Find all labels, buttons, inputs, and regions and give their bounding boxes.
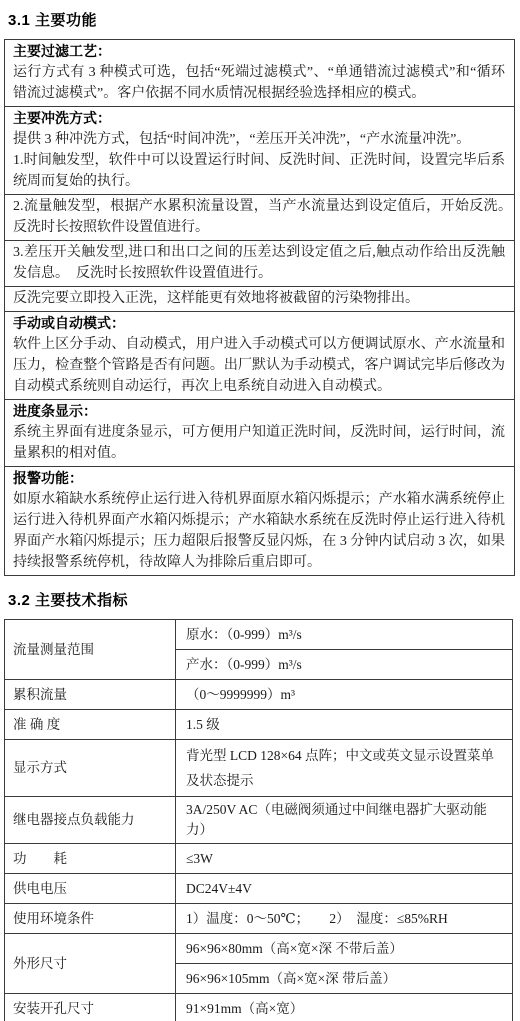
table-row: 功 耗 ≤3W — [5, 844, 513, 874]
spec-value-operating-environment: 1）温度：0～50℃； 2） 湿度：≤85%RH — [176, 904, 513, 934]
spec-value-dimensions-with-cover: 96×96×105mm（高×宽×深 带后盖） — [176, 964, 513, 994]
feature-cell-manual-auto-mode: 手动或自动模式： 软件上区分手动、自动模式，用户进入手动模式可以方便调试原水、产… — [5, 312, 515, 400]
spec-label-relay-capacity: 继电器接点负载能力 — [5, 797, 176, 844]
feature-title-progress-bar: 进度条显示： — [13, 401, 505, 422]
feature-cell-flow-trigger: 2.流量触发型，根据产水累积流量设置，当产水流量达到设定值后，开始反洗。 反洗时… — [5, 195, 515, 241]
table-row: 主要过滤工艺： 运行方式有 3 种模式可选，包括“死端过滤模式”、“单通错流过滤… — [5, 40, 515, 107]
table-row: 准 确 度 1.5 级 — [5, 710, 513, 740]
feature-title-manual-auto-mode: 手动或自动模式： — [13, 313, 505, 334]
table-row: 安装开孔尺寸 91×91mm（高×宽） — [5, 994, 513, 1021]
spec-label-supply-voltage: 供电电压 — [5, 874, 176, 904]
table-row: 累积流量 （0～9999999）m³ — [5, 680, 513, 710]
specs-table: 流量测量范围 原水：（0-999）m³/s 产水：（0-999）m³/s 累积流… — [4, 619, 513, 1021]
table-row: 手动或自动模式： 软件上区分手动、自动模式，用户进入手动模式可以方便调试原水、产… — [5, 312, 515, 400]
table-row: 使用环境条件 1）温度：0～50℃； 2） 湿度：≤85%RH — [5, 904, 513, 934]
spec-label-flow-range: 流量测量范围 — [5, 620, 176, 680]
table-row: 供电电压 DC24V±4V — [5, 874, 513, 904]
feature-paragraph: 3.差压开关触发型,进口和出口之间的压差达到设定值之后,触点动作给出反洗触发信息… — [13, 242, 505, 284]
spec-value-relay-capacity: 3A/250V AC（电磁阀须通过中间继电器扩大驱动能力） — [176, 797, 513, 844]
feature-paragraph: 系统主界面有进度条显示，可方便用户知道正洗时间，反洗时间，运行时间，流量累积的相… — [13, 422, 505, 464]
feature-paragraph: 软件上区分手动、自动模式，用户进入手动模式可以方便调试原水、产水流量和压力，检查… — [13, 334, 505, 397]
document-page: 3.1 主要功能 主要过滤工艺： 运行方式有 3 种模式可选，包括“死端过滤模式… — [0, 0, 520, 1021]
feature-cell-pressure-trigger: 3.差压开关触发型,进口和出口之间的压差达到设定值之后,触点动作给出反洗触发信息… — [5, 241, 515, 287]
spec-value-product-water: 产水：（0-999）m³/s — [176, 650, 513, 680]
feature-paragraph: 1.时间触发型，软件中可以设置运行时间、反洗时间、正洗时间，设置完毕后系统周而复… — [13, 150, 505, 192]
feature-paragraph: 运行方式有 3 种模式可选，包括“死端过滤模式”、“单通错流过滤模式”和“循环错… — [13, 62, 505, 104]
spec-value-accuracy: 1.5 级 — [176, 710, 513, 740]
feature-title-alarm-function: 报警功能： — [13, 468, 505, 489]
feature-paragraph: 提供 3 种冲洗方式，包括“时间冲洗”，“差压开关冲洗”，“产水流量冲洗”。 — [13, 129, 505, 150]
feature-cell-forward-flush-note: 反洗完要立即投入正洗，这样能更有效地将被截留的污染物排出。 — [5, 287, 515, 312]
spec-value-dimensions-no-cover: 96×96×80mm（高×宽×深 不带后盖） — [176, 934, 513, 964]
features-table: 主要过滤工艺： 运行方式有 3 种模式可选，包括“死端过滤模式”、“单通错流过滤… — [4, 39, 515, 576]
feature-paragraph: 2.流量触发型，根据产水累积流量设置，当产水流量达到设定值后，开始反洗。 反洗时… — [13, 196, 505, 238]
feature-paragraph: 反洗完要立即投入正洗，这样能更有效地将被截留的污染物排出。 — [13, 288, 505, 309]
feature-cell-progress-bar: 进度条显示： 系统主界面有进度条显示，可方便用户知道正洗时间，反洗时间，运行时间… — [5, 400, 515, 467]
spec-label-accumulated-flow: 累积流量 — [5, 680, 176, 710]
table-row: 主要冲洗方式： 提供 3 种冲洗方式，包括“时间冲洗”，“差压开关冲洗”，“产水… — [5, 107, 515, 195]
table-row: 显示方式 背光型 LCD 128×64 点阵；中文或英文显示设置菜单及状态提示 — [5, 740, 513, 797]
table-row: 反洗完要立即投入正洗，这样能更有效地将被截留的污染物排出。 — [5, 287, 515, 312]
feature-title-filter-process: 主要过滤工艺： — [13, 41, 505, 62]
table-row: 进度条显示： 系统主界面有进度条显示，可方便用户知道正洗时间，反洗时间，运行时间… — [5, 400, 515, 467]
spec-label-dimensions: 外形尺寸 — [5, 934, 176, 994]
spec-value-supply-voltage: DC24V±4V — [176, 874, 513, 904]
table-row: 报警功能： 如原水箱缺水系统停止运行进入待机界面原水箱闪烁提示；产水箱水满系统停… — [5, 467, 515, 576]
table-row: 流量测量范围 原水：（0-999）m³/s — [5, 620, 513, 650]
table-row: 3.差压开关触发型,进口和出口之间的压差达到设定值之后,触点动作给出反洗触发信息… — [5, 241, 515, 287]
spec-value-display-mode: 背光型 LCD 128×64 点阵；中文或英文显示设置菜单及状态提示 — [176, 740, 513, 797]
spec-value-power-consumption: ≤3W — [176, 844, 513, 874]
section-heading-3-2: 3.2 主要技术指标 — [8, 589, 516, 610]
section-heading-3-1: 3.1 主要功能 — [8, 9, 516, 30]
spec-label-display-mode: 显示方式 — [5, 740, 176, 797]
spec-label-power-consumption: 功 耗 — [5, 844, 176, 874]
spec-label-accuracy: 准 确 度 — [5, 710, 176, 740]
table-row: 外形尺寸 96×96×80mm（高×宽×深 不带后盖） — [5, 934, 513, 964]
feature-title-flush-modes: 主要冲洗方式： — [13, 108, 505, 129]
spec-label-operating-environment: 使用环境条件 — [5, 904, 176, 934]
feature-cell-filter-process: 主要过滤工艺： 运行方式有 3 种模式可选，包括“死端过滤模式”、“单通错流过滤… — [5, 40, 515, 107]
spec-value-accumulated-flow: （0～9999999）m³ — [176, 680, 513, 710]
feature-paragraph: 如原水箱缺水系统停止运行进入待机界面原水箱闪烁提示；产水箱水满系统停止运行进入待… — [13, 489, 505, 573]
spec-value-raw-water: 原水：（0-999）m³/s — [176, 620, 513, 650]
feature-cell-flush-modes: 主要冲洗方式： 提供 3 种冲洗方式，包括“时间冲洗”，“差压开关冲洗”，“产水… — [5, 107, 515, 195]
table-row: 2.流量触发型，根据产水累积流量设置，当产水流量达到设定值后，开始反洗。 反洗时… — [5, 195, 515, 241]
spec-value-mounting-hole: 91×91mm（高×宽） — [176, 994, 513, 1021]
feature-cell-alarm-function: 报警功能： 如原水箱缺水系统停止运行进入待机界面原水箱闪烁提示；产水箱水满系统停… — [5, 467, 515, 576]
spec-label-mounting-hole: 安装开孔尺寸 — [5, 994, 176, 1021]
table-row: 继电器接点负载能力 3A/250V AC（电磁阀须通过中间继电器扩大驱动能力） — [5, 797, 513, 844]
